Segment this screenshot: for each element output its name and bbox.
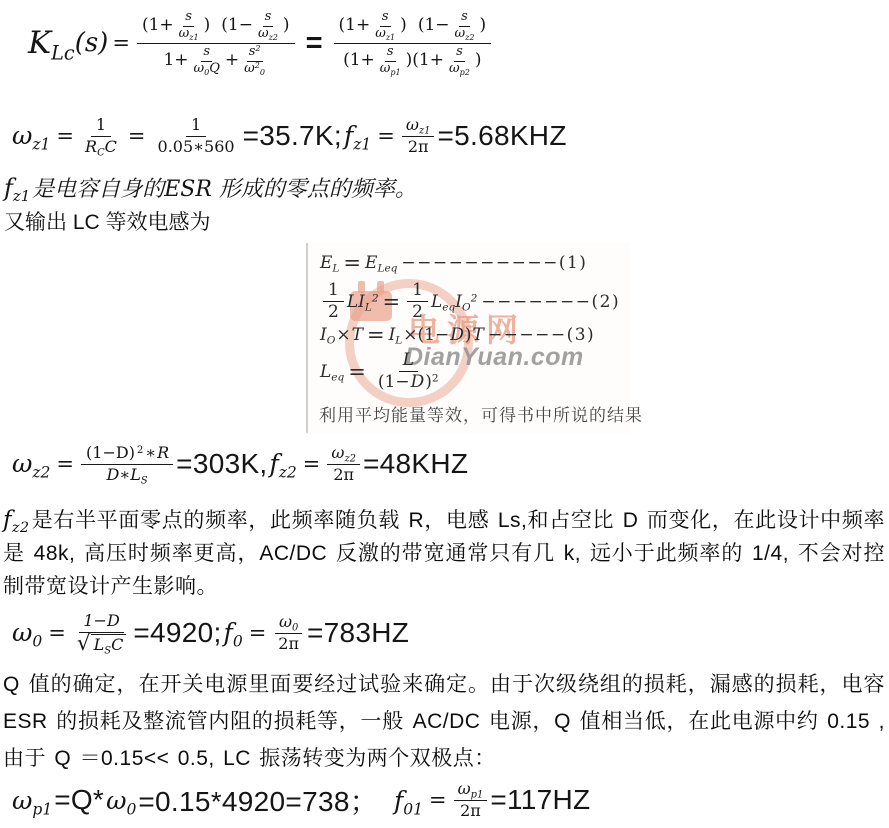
text-esr-zero-note: fz1是电容自身的ESR 形成的零点的频率。	[4, 172, 417, 203]
image-formula-line-energy: EL=ELeq−−−−−−−−−−(1)	[320, 251, 588, 275]
formula-wp1: ωp1=Q*ω0=0.15*4920=738；f01=ωp12π=117HZ	[10, 780, 590, 820]
document-page: { "colors": { "text": "#151515", "waterm…	[0, 0, 889, 828]
image-formula-line-leq: Leq=L(1−D)2	[320, 351, 447, 392]
paragraph-q-note: Q 值的确定，在开关电源里面要经过试验来确定。由于次级绕组的损耗，漏感的损耗，电…	[3, 666, 885, 777]
formula-w0: ω0=1−D√LSC=4920; f0=ω02π=783HZ	[10, 612, 409, 654]
text-lc-equivalent-note: 又输出 LC 等效电感为	[4, 206, 211, 236]
paragraph-fz2-note: fz2是右半平面零点的频率，此频率随负载 R，电感 Ls,和占空比 D 而变化，…	[3, 504, 885, 603]
image-formula-line-current-balance: IO×T=IL×(1−D)T−−−−−(3)	[320, 323, 596, 347]
formula-wz1: ωz1=1RCC=10.05∗560=35.7K; fz1=ωz12π=5.68…	[10, 116, 567, 156]
embedded-formula-image: 电源网 DianYuan.com EL=ELeq−−−−−−−−−−(1) 12…	[306, 243, 630, 433]
image-caption: 利用平均能量等效，可得书中所说的结果	[319, 401, 643, 426]
formula-klc-transfer-function: KLc(s)=(1+sωz1)(1−sωz2)1+sω0Q+s2ω20=(1+s…	[28, 10, 494, 76]
image-formula-line-inductor-energy: 12LIL2=12LeqIO2−−−−−−−(2)	[320, 281, 621, 322]
formula-wz2: ωz2=(1−D)2∗RD∗LS=303K, fz2=ωz22π=48KHZ	[10, 444, 468, 484]
